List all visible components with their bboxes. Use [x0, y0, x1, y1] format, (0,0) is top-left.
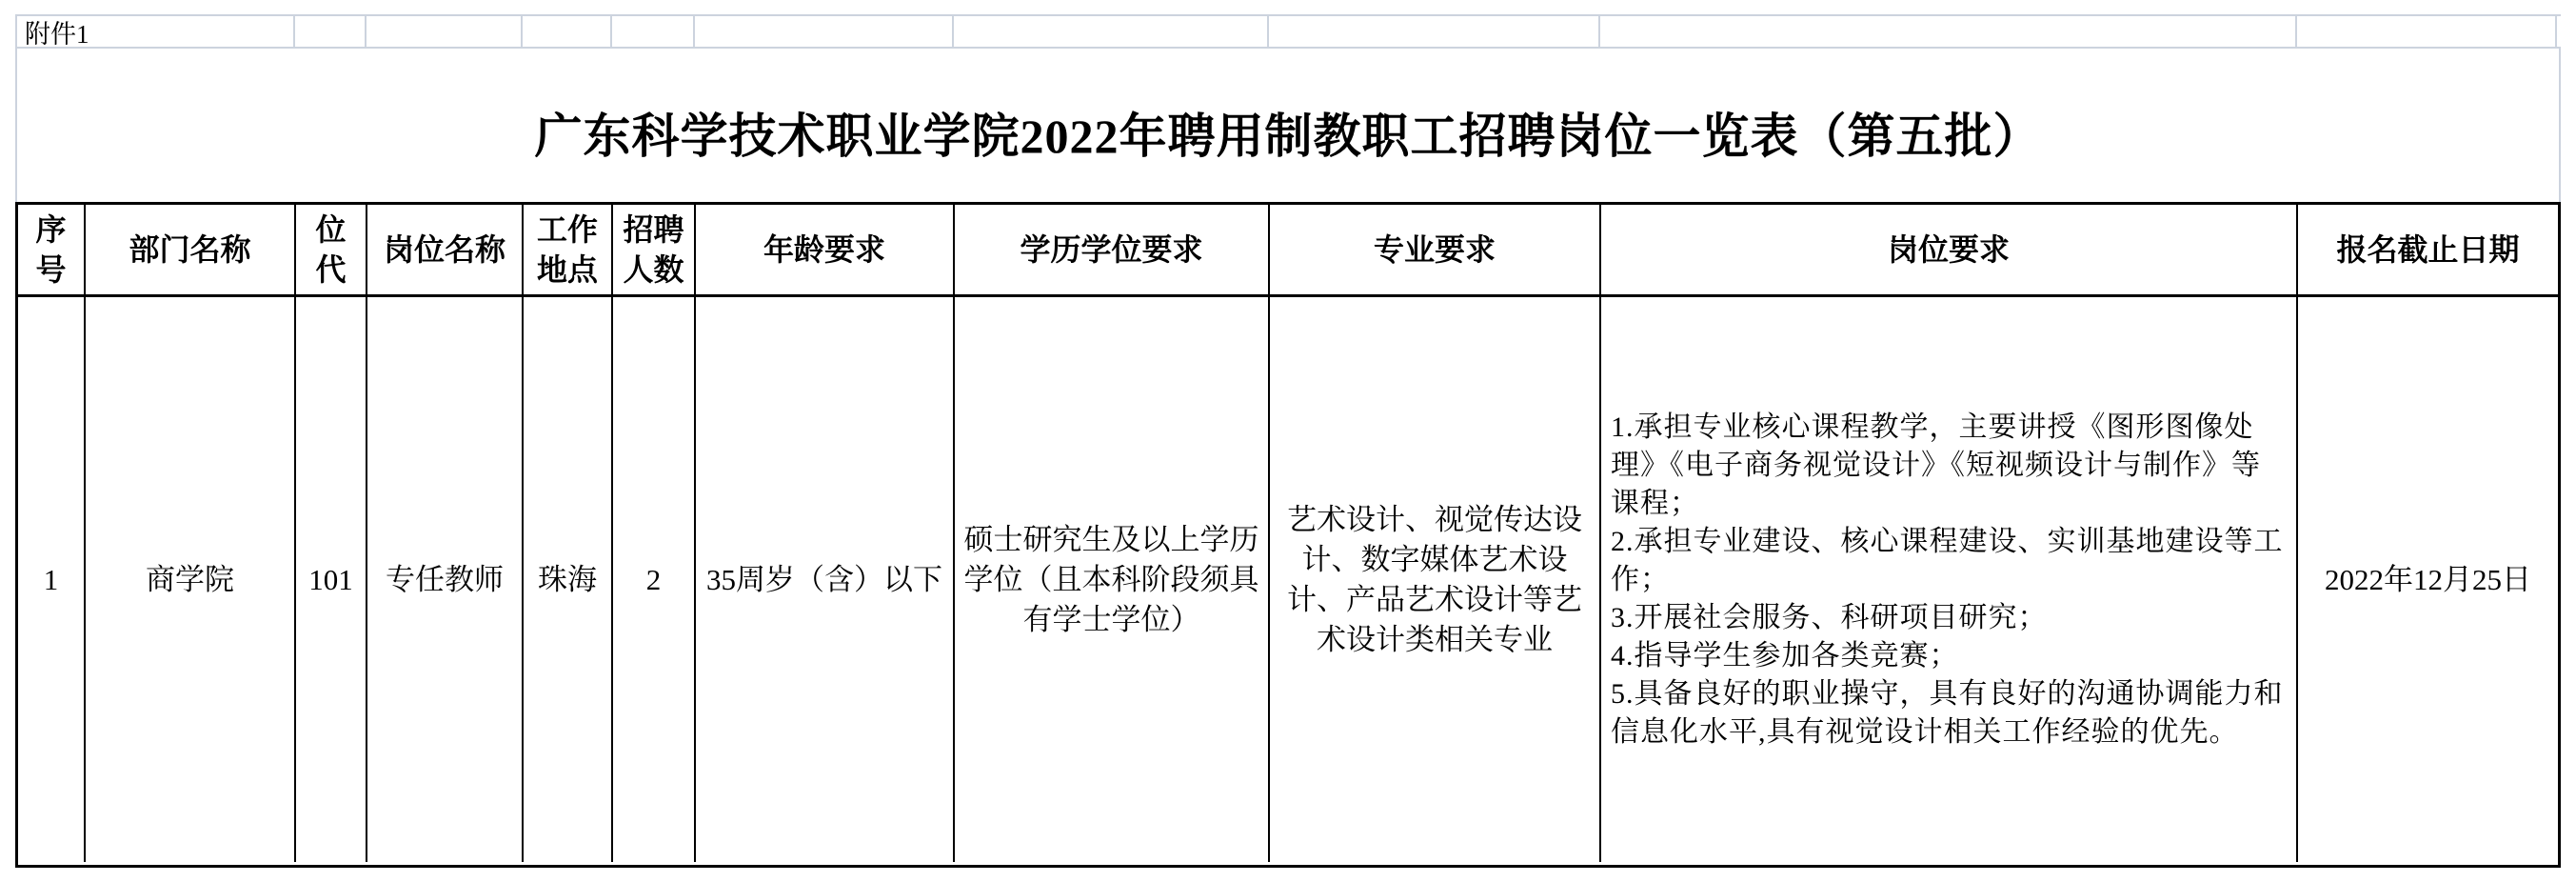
header-education-requirement: 学历学位要求 [955, 205, 1270, 297]
header-age-requirement: 年龄要求 [696, 205, 955, 297]
header-work-location: 工作地点 [524, 205, 613, 297]
empty-cell [2297, 16, 2557, 47]
attachment-cell: 附件1 [17, 16, 295, 47]
cell-job-requirements: 1.承担专业核心课程教学，主要讲授《图形图像处理》《电子商务视觉设计》《短视频设… [1601, 297, 2298, 862]
header-seq: 序号 [18, 205, 86, 297]
empty-cell [1269, 16, 1600, 47]
top-grid-row: 附件1 [15, 14, 2561, 49]
job-requirement-line: 1.承担专业核心课程教学，主要讲授《图形图像处理》《电子商务视觉设计》《短视频设… [1611, 409, 2285, 523]
job-requirement-line: 2.承担专业建设、核心课程建设、实训基地建设等工作； [1611, 523, 2285, 599]
cell-work-location: 珠海 [524, 297, 613, 862]
job-requirement-line: 5.具备良好的职业操守，具有良好的沟通协调能力和信息化水平,具有视觉设计相关工作… [1611, 675, 2285, 752]
header-department: 部门名称 [86, 205, 296, 297]
header-job-code: 岗位代码 [296, 205, 367, 297]
empty-cell [295, 16, 367, 47]
empty-cell [954, 16, 1269, 47]
cell-job-code: 101 [296, 297, 367, 862]
job-requirement-line: 4.指导学生参加各类竞赛； [1611, 637, 2285, 675]
cell-department: 商学院 [86, 297, 296, 862]
cell-major-requirement: 艺术设计、视觉传达设计、数字媒体艺术设计、产品艺术设计等艺术设计类相关专业 [1270, 297, 1601, 862]
empty-cell [367, 16, 523, 47]
recruitment-table: 序号 部门名称 岗位代码 岗位名称 工作地点 招聘人数 年龄要求 学历学位要求 … [15, 202, 2561, 868]
empty-cell [1600, 16, 2297, 47]
page-title: 广东科学技术职业学院2022年聘用制教职工招聘岗位一览表（第五批） [535, 85, 2042, 167]
cell-seq: 1 [18, 297, 86, 862]
cell-job-title: 专任教师 [367, 297, 524, 862]
job-requirement-line: 3.开展社会服务、科研项目研究； [1611, 599, 2285, 637]
header-deadline: 报名截止日期 [2298, 205, 2558, 297]
empty-cell [695, 16, 954, 47]
header-job-title: 岗位名称 [367, 205, 524, 297]
job-requirements-list: 1.承担专业核心课程教学，主要讲授《图形图像处理》《电子商务视觉设计》《短视频设… [1611, 409, 2285, 752]
cell-deadline: 2022年12月25日 [2298, 297, 2558, 862]
cell-age-requirement: 35周岁（含）以下 [696, 297, 955, 862]
empty-cell [523, 16, 612, 47]
title-band: 广东科学技术职业学院2022年聘用制教职工招聘岗位一览表（第五批） [15, 49, 2561, 202]
header-major-requirement: 专业要求 [1270, 205, 1601, 297]
cell-education-requirement: 硕士研究生及以上学历学位（且本科阶段须具有学士学位） [955, 297, 1270, 862]
header-headcount: 招聘人数 [613, 205, 696, 297]
cell-headcount: 2 [613, 297, 696, 862]
attachment-label: 附件1 [17, 13, 89, 50]
empty-cell [612, 16, 695, 47]
header-job-requirements: 岗位要求 [1601, 205, 2298, 297]
